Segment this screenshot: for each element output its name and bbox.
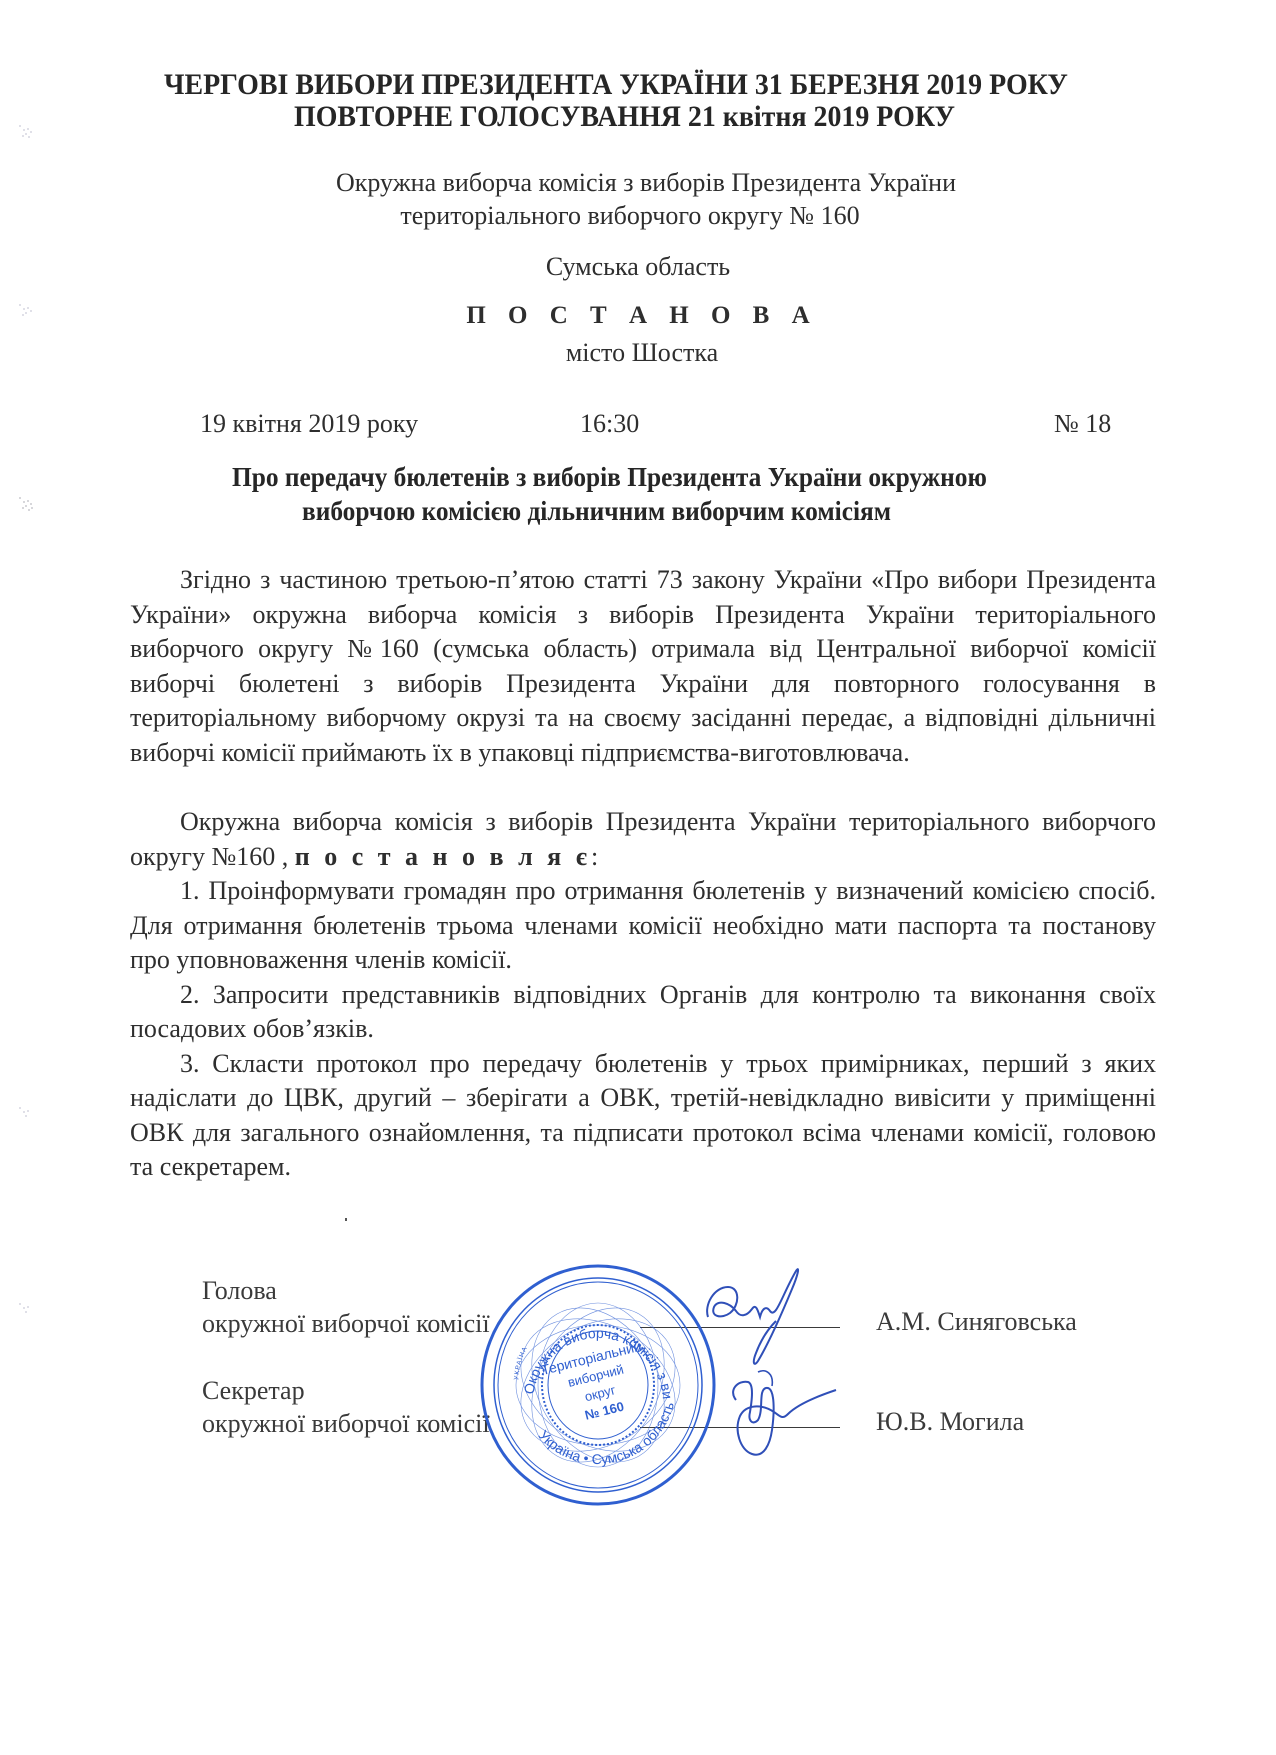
oblast-name: Сумська область <box>0 252 1276 282</box>
election-title: ЧЕРГОВІ ВИБОРИ ПРЕЗИДЕНТА УКРАЇНИ 31 БЕР… <box>164 68 1068 102</box>
chair-name: А.М. Синяговська <box>876 1307 1077 1337</box>
secretary-org: окружної виборчої комісії <box>202 1409 490 1439</box>
resolution-item-2: 2. Запросити представників відповідних О… <box>130 978 1156 1047</box>
committee-name: Окружна виборча комісія з виборів Презид… <box>8 168 1276 198</box>
subject-heading-line2: виборчою комісією дільничним виборчим ко… <box>302 496 891 527</box>
secretary-signature-icon <box>718 1360 838 1460</box>
resolve-text: Окружна виборча комісія з виборів Презид… <box>130 805 1156 874</box>
secretary-role: Секретар <box>202 1376 305 1406</box>
scan-speck <box>345 1218 347 1221</box>
resolution-item-3: 3. Скласти протокол про передачу бюлетен… <box>130 1047 1156 1185</box>
chair-signature-icon <box>700 1265 810 1375</box>
scan-artifact-icon <box>14 1100 38 1128</box>
intro-paragraph: Згідно з частиною третьою-п’ятою статті … <box>130 563 1156 770</box>
runoff-title: ПОВТОРНЕ ГОЛОСУВАННЯ 21 квітня 2019 РОКУ <box>294 100 955 134</box>
chair-role: Голова <box>202 1276 277 1306</box>
city-name: місто Шостка <box>4 338 1276 368</box>
scan-artifact-icon <box>14 490 38 518</box>
district-name: територіального виборчого округу № 160 <box>0 201 1268 231</box>
secretary-name: Ю.В. Могила <box>876 1407 1024 1437</box>
document-time: 16:30 <box>580 409 639 439</box>
scan-artifact-icon <box>14 1296 38 1324</box>
document-number: № 18 <box>1054 409 1111 439</box>
document-type: П О С Т А Н О В А <box>4 302 1276 330</box>
official-stamp-icon: УКРАЇНА Окружна виборча комісія з виборі… <box>478 1262 718 1508</box>
resolve-suffix: : <box>591 842 598 871</box>
resolve-keyword: п о с т а н о в л я є <box>295 842 591 871</box>
resolution-item-1: 1. Проінформувати громадян про отримання… <box>130 874 1156 978</box>
subject-heading-line1: Про передачу бюлетенів з виборів Президе… <box>232 462 987 493</box>
document-date: 19 квітня 2019 року <box>200 409 418 439</box>
chair-org: окружної виборчої комісії <box>202 1309 490 1339</box>
resolve-paragraph: Окружна виборча комісія з виборів Презид… <box>130 805 1156 874</box>
intro-text: Згідно з частиною третьою-п’ятою статті … <box>130 563 1156 770</box>
resolution-items: 1. Проінформувати громадян про отримання… <box>130 874 1156 1185</box>
resolve-prefix: Окружна виборча комісія з виборів Презид… <box>130 807 1156 871</box>
document-page: ЧЕРГОВІ ВИБОРИ ПРЕЗИДЕНТА УКРАЇНИ 31 БЕР… <box>0 0 1276 1755</box>
scan-artifact-icon <box>14 118 38 146</box>
